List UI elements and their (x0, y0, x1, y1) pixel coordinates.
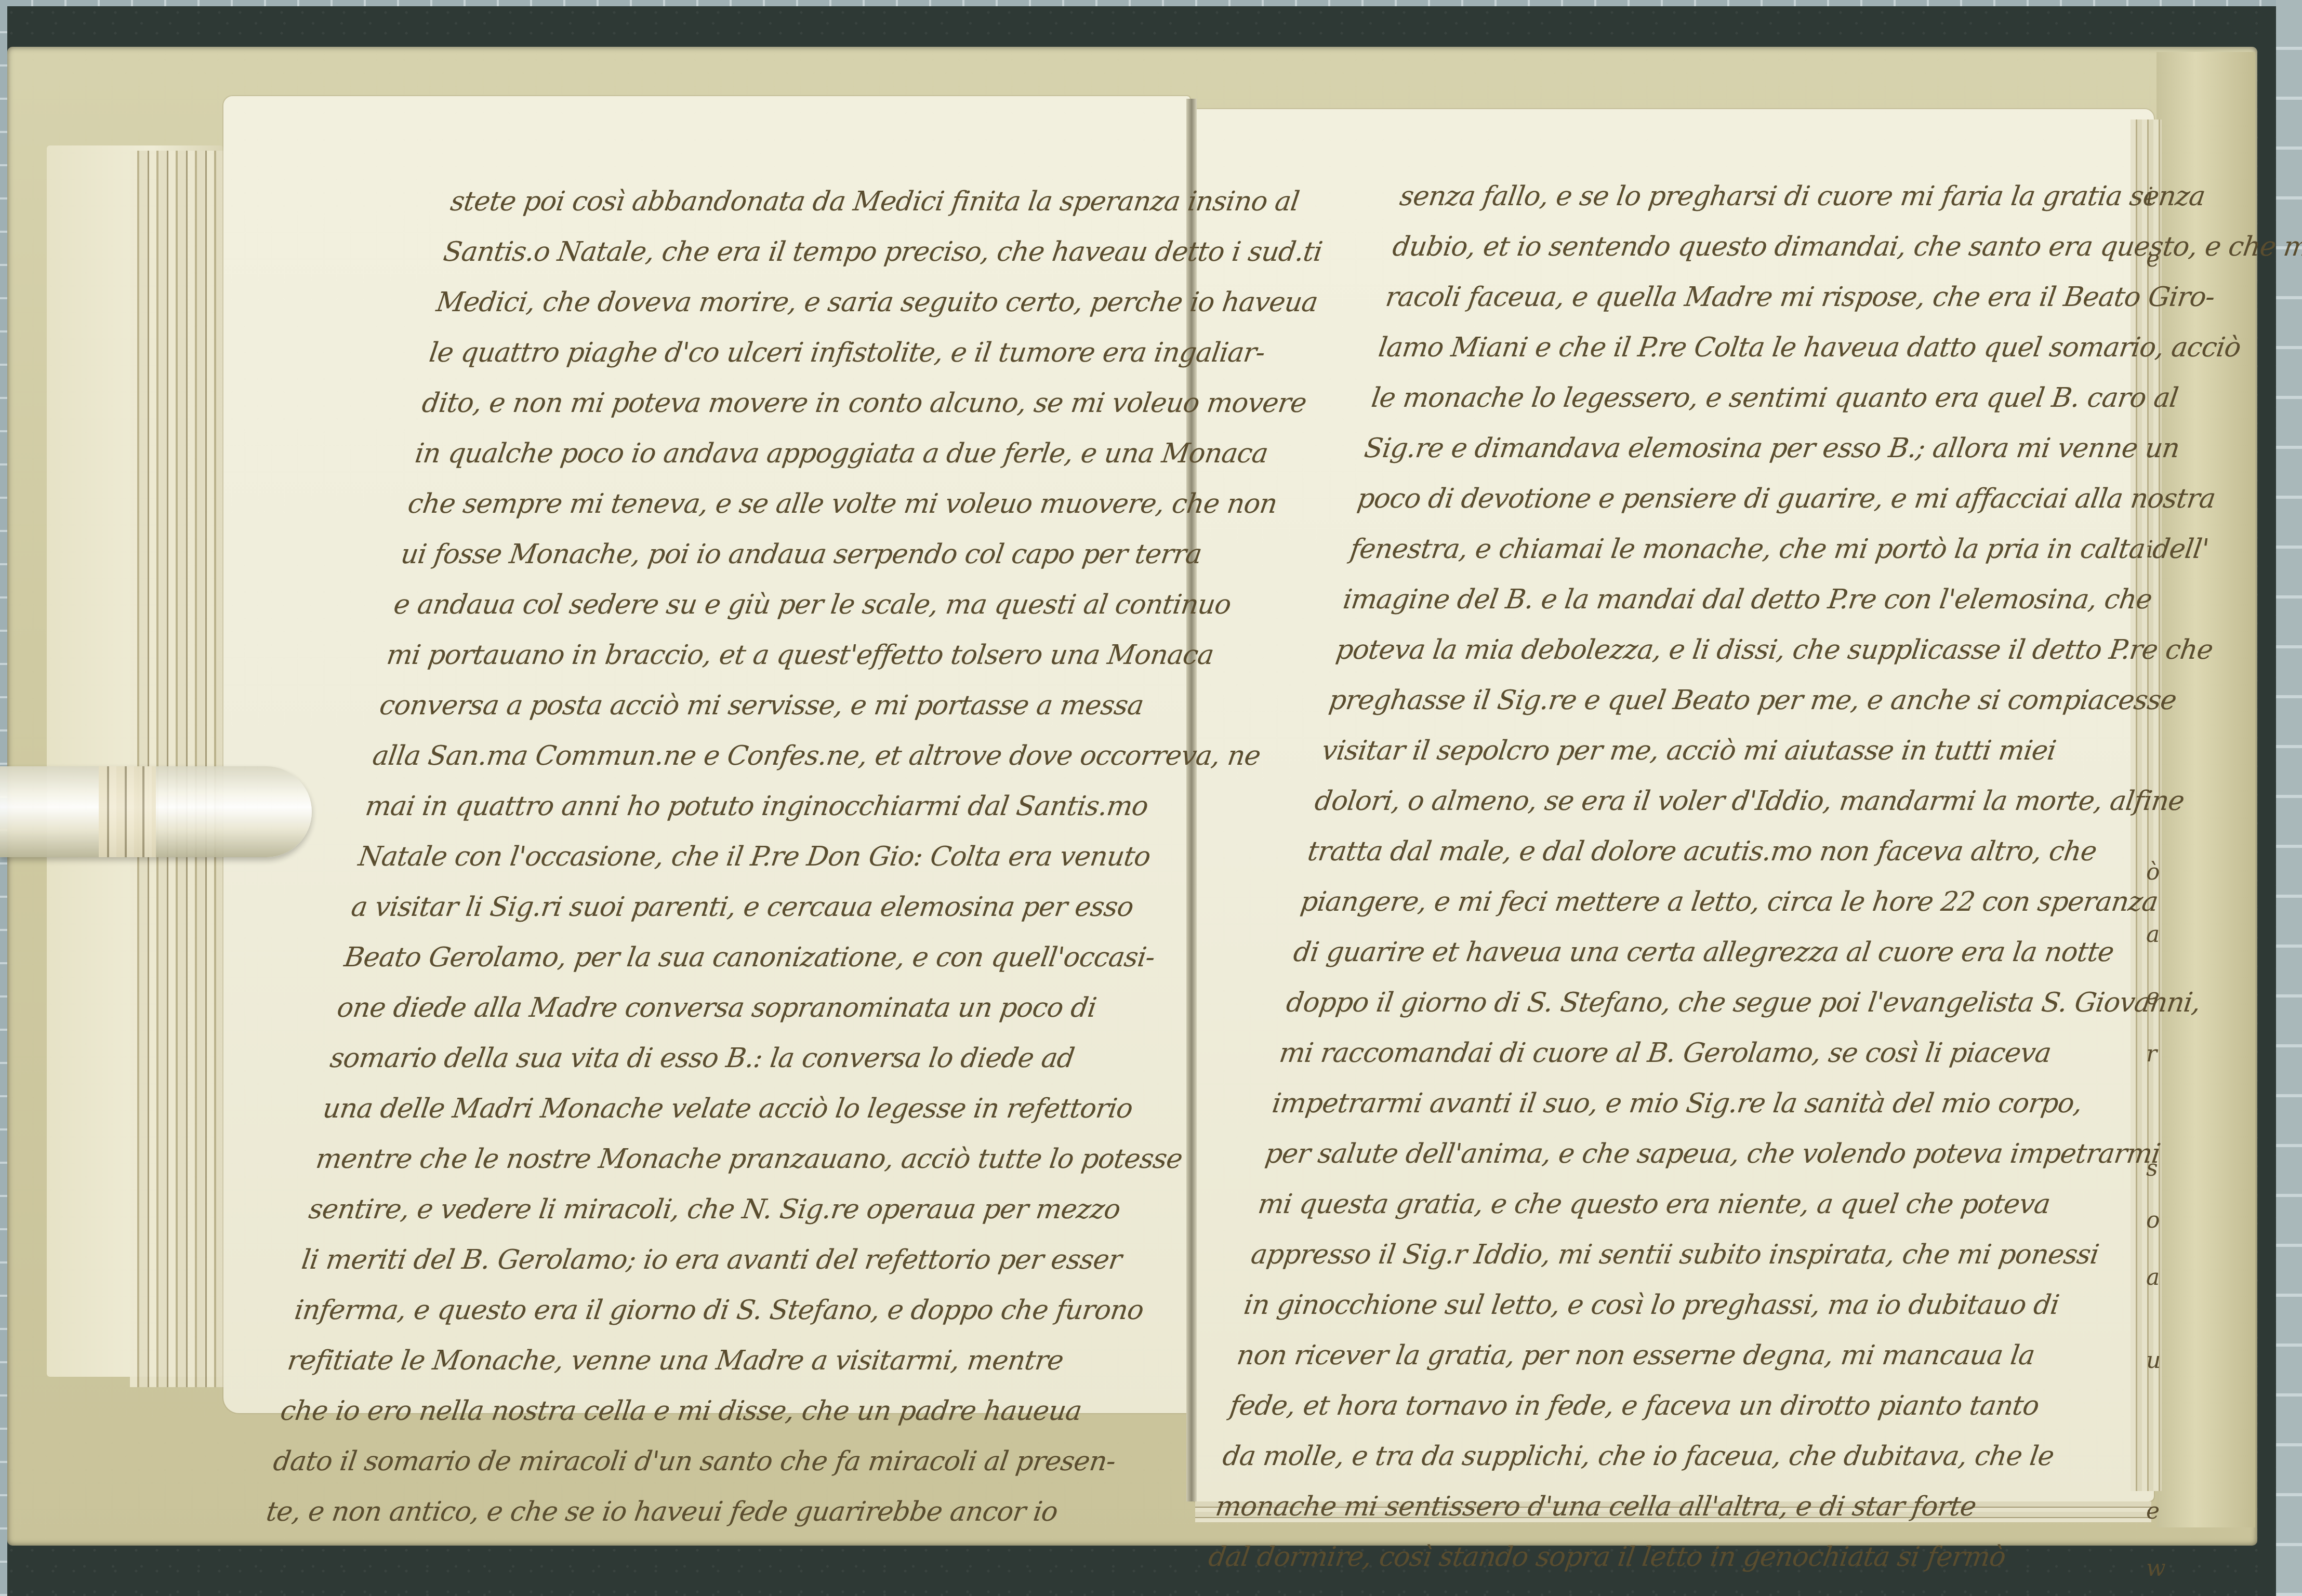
manuscript-line: mai in quattro anni ho potuto inginocchi… (362, 781, 1201, 832)
manuscript-line: preghasse il Sig.re e quel Beato per me,… (1326, 675, 2185, 726)
manuscript-line: ui fosse Monache, poi io andaua serpendo… (398, 529, 1236, 580)
margin-note: r (2146, 1029, 2157, 1079)
manuscript-line: Santis.o Natale, che era il tempo precis… (440, 227, 1279, 277)
margin-note: e (2146, 972, 2160, 1022)
manuscript-line: Medici, che doveva morire, e saria segui… (433, 277, 1272, 328)
margin-note: s (2146, 1143, 2158, 1193)
manuscript-line: mi questa gratia, e che questo era nient… (1255, 1179, 2114, 1230)
manuscript-line: appresso il Sig.r Iddio, mi sentii subit… (1248, 1230, 2107, 1280)
margin-note: i (2146, 525, 2153, 575)
manuscript-line: non ricever la gratia, per non esserne d… (1234, 1331, 2093, 1381)
manuscript-line: one diede alla Madre conversa sopranomin… (334, 983, 1172, 1033)
manuscript-line: a visitar li Sig.ri suoi parenti, e cerc… (348, 882, 1187, 933)
manuscript-line: dal dormire, così stando sopra il letto … (1205, 1532, 2065, 1582)
manuscript-line: racoli faceua, e quella Madre mi rispose… (1382, 272, 2242, 323)
manuscript-line: doppo il giorno di S. Stefano, che segue… (1283, 978, 2142, 1028)
manuscript-line: dolori, o almeno, se era il voler d'Iddi… (1312, 776, 2171, 827)
manuscript-line: refitiate le Monache, venne una Madre a … (284, 1336, 1123, 1386)
manuscript-line: dito, e non mi poteva movere in conto al… (419, 378, 1258, 429)
manuscript-line: mi portauano in braccio, et a quest'effe… (383, 630, 1222, 681)
manuscript-line: Beato Gerolamo, per la sua canonizatione… (341, 933, 1180, 983)
manuscript-line: di guarire et haveua una certa allegrezz… (1290, 927, 2150, 978)
manuscript-line: le quattro piaghe d'co ulceri infistolit… (426, 328, 1265, 378)
manuscript-line: piangere, e mi feci mettere a letto, cir… (1297, 877, 2157, 927)
manuscript-line: li meriti del B. Gerolamo; io era avanti… (298, 1235, 1137, 1285)
manuscript-line: somario della sua vita di esso B.: la co… (327, 1033, 1166, 1084)
manuscript-line: senza fallo, e se lo pregharsi di cuore … (1396, 171, 2256, 222)
margin-note: w (2146, 1543, 2166, 1593)
manuscript-line: conversa a posta acciò mi servisse, e mi… (376, 681, 1215, 731)
manuscript-line: inferma, e questo era il giorno di S. St… (291, 1285, 1130, 1336)
manuscript-line: mentre che le nostre Monache pranzauano,… (312, 1134, 1151, 1185)
margin-note: a (2146, 1252, 2160, 1302)
manuscript-line: e andaua col sedere su e giù per le scal… (390, 580, 1229, 630)
manuscript-line: lamo Miani e che il P.re Colta le haveua… (1375, 323, 2234, 373)
manuscript-line: fede, et hora tornavo in fede, e faceva … (1226, 1381, 2086, 1431)
manuscript-line: te, e non antico, e che se io haveui fed… (263, 1487, 1102, 1537)
margin-note: u (2146, 1335, 2161, 1386)
manuscript-line: in qualche poco io andava appoggiata a d… (412, 429, 1250, 479)
manuscript-line: Natale con l'occasione, che il P.re Don … (355, 832, 1194, 882)
manuscript-line: in ginocchione sul letto, e così lo preg… (1240, 1280, 2100, 1331)
manuscript-line: dubio, et io sentendo questo dimandai, c… (1390, 222, 2249, 272)
margin-note: o (2146, 1195, 2160, 1245)
manuscript-line: da molle, e tra da supplichi, che io fac… (1219, 1431, 2079, 1482)
manuscript-line: fenestra, e chiamai le monache, che mi p… (1347, 524, 2206, 575)
manuscript-line: che sempre mi teneva, e se alle volte mi… (405, 479, 1243, 529)
margin-note: e (2146, 1486, 2160, 1536)
manuscript-line: una delle Madri Monache velate acciò lo … (320, 1084, 1158, 1134)
manuscript-line: le monache lo legessero, e sentimi quant… (1368, 373, 2228, 423)
manuscript-line: dato il somario de miracoli d'un santo c… (270, 1437, 1109, 1487)
scale-ruler-top (0, 0, 2302, 6)
manuscript-line: alla San.ma Commun.ne e Confes.ne, et al… (369, 731, 1208, 781)
manuscript-line: mi raccomandai di cuore al B. Gerolamo, … (1276, 1028, 2135, 1079)
glass-weight-reflection (99, 766, 156, 857)
glass-weight[interactable] (0, 766, 312, 857)
manuscript-line: poteva la mia debolezza, e li dissi, che… (1333, 625, 2192, 675)
manuscript-line: per salute dell'anima, e che sapeua, che… (1262, 1129, 2121, 1179)
margin-note: e (2146, 234, 2160, 284)
manuscript-line: che io ero nella nostra cella e mi disse… (277, 1386, 1116, 1437)
manuscript-line: sentire, e vedere li miracoli, che N. Si… (306, 1185, 1144, 1235)
margin-note: a (2146, 909, 2160, 960)
manuscript-line: tratta dal male, e dal dolore acutis.mo … (1304, 827, 2164, 877)
manuscript-line: visitar il sepolcro per me, acciò mi aiu… (1318, 726, 2178, 776)
manuscript-line: stete poi così abbandonata da Medici fin… (447, 177, 1286, 227)
manuscript-line: imagine del B. e la mandai dal detto P.r… (1340, 575, 2199, 625)
manuscript-line: poco di devotione e pensiere di guarire,… (1354, 474, 2213, 524)
margin-note: i (2146, 171, 2153, 222)
margin-note: ò (2146, 847, 2160, 897)
manuscript-line: impetrarmi avanti il suo, e mio Sig.re l… (1269, 1079, 2128, 1129)
manuscript-line: Sig.re e dimandava elemosina per esso B.… (1361, 423, 2220, 474)
manuscript-line: monache mi sentissero d'una cella all'al… (1212, 1482, 2072, 1532)
